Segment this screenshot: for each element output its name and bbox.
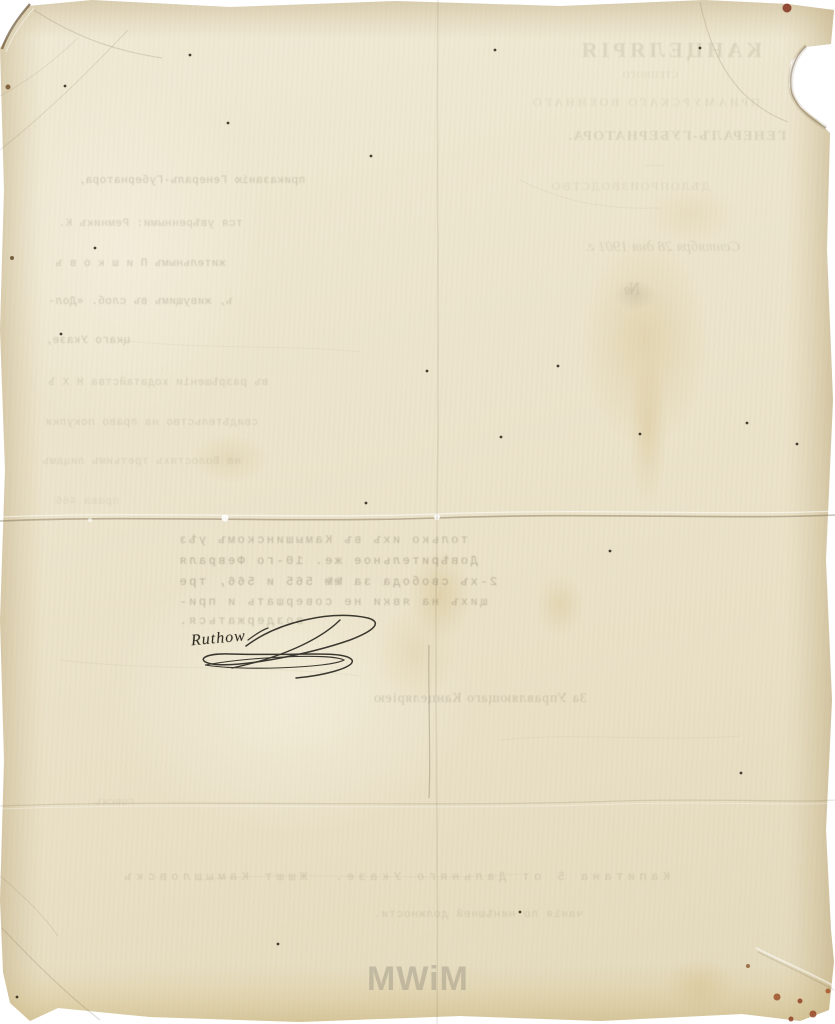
watermark: MWiM xyxy=(367,960,469,999)
scanned-document: КАНЦЕЛЯРІЯСТЕПНОГОПРИАМУРСКАГО ВОЕННАГОГ… xyxy=(0,0,835,1024)
document-page xyxy=(0,0,835,1024)
